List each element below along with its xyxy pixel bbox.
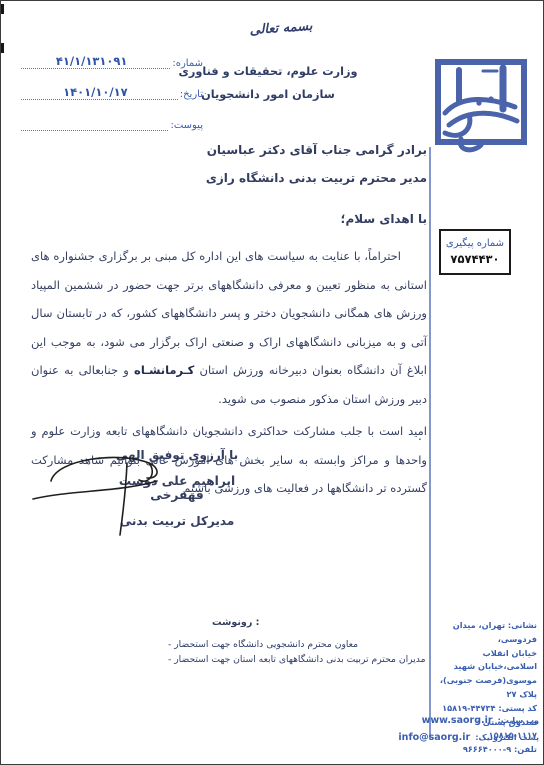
paragraph-1: احتراماً، با عنایت به سیاست های این ادار… <box>31 242 427 413</box>
bismillah-calligraphy: بسمه تعالی <box>229 17 334 39</box>
address-line: نشانی: تهران، میدان فردوسی، <box>431 619 537 647</box>
saorg-logo-icon <box>431 57 531 155</box>
date-dotted-line: ۱۴۰۱/۱۰/۱۷ <box>21 77 178 100</box>
salutation: با اهدای سلام؛ <box>31 212 427 226</box>
paragraph-1-bold-province: کـرمانشـاه <box>134 363 194 377</box>
tracking-label: شماره پیگیری <box>446 237 504 251</box>
scan-edge-mark <box>1 4 4 14</box>
cc-item: - مدیران محترم تربیت بدنی دانشگاههای تاب… <box>168 653 426 668</box>
scanned-letter-page: بسمه تعالی وزارت علوم، تحقیقات و فناوری … <box>0 0 544 765</box>
date-label: تاریخ: <box>178 89 203 100</box>
cc-list: - معاون محترم دانشجویی دانشگاه جهت استحض… <box>168 638 426 667</box>
addressee-line2: مدیر محترم تربیت بدنی دانشگاه رازی <box>31 171 427 186</box>
website-line: وب سایت: www.saorg.ir <box>427 711 539 728</box>
email-line: پست الکترونیک: info@saorg.ir <box>427 728 539 745</box>
number-label: شماره: <box>170 58 203 69</box>
email-address: info@saorg.ir <box>398 732 470 743</box>
phone-line: تلفن: ⁦۹۶۶۶۴۰۰۰-۹⁩ <box>431 743 537 757</box>
paragraph-1-text: احتراماً، با عنایت به سیاست های این ادار… <box>31 249 427 377</box>
attachment-field: پیوست: <box>21 109 203 131</box>
website-label: وب سایت: <box>498 716 539 725</box>
email-label: پست الکترونیک: <box>475 733 539 742</box>
number-dotted-line: ۴۱/۱/۱۳۱۰۹۱ <box>21 46 170 69</box>
scan-edge-mark <box>1 43 4 53</box>
date-value: ۱۴۰۱/۱۰/۱۷ <box>21 85 170 99</box>
date-field: تاریخ: ۱۴۰۱/۱۰/۱۷ <box>21 78 203 100</box>
stray-period: . <box>418 429 422 443</box>
attachment-dotted-line <box>21 108 168 131</box>
addressee-line1: برادر گرامی جناب آقای دکتر عباسیان <box>31 143 427 158</box>
number-value: ۴۱/۱/۱۳۱۰۹۱ <box>21 54 162 68</box>
website-url: www.saorg.ir <box>422 715 493 726</box>
cc-item: - معاون محترم دانشجویی دانشگاه جهت استحض… <box>168 638 426 653</box>
attachment-label: پیوست: <box>168 120 203 131</box>
handwritten-signature <box>29 447 179 539</box>
number-field: شماره: ۴۱/۱/۱۳۱۰۹۱ <box>21 47 203 69</box>
address-line: خیابان انقلاب اسلامی،خیابان شهید <box>431 647 537 675</box>
letter-meta-fields: شماره: ۴۱/۱/۱۳۱۰۹۱ تاریخ: ۱۴۰۱/۱۰/۱۷ پیو… <box>21 47 203 140</box>
tracking-number: ۷۵۷۴۴۳۰ <box>450 251 499 267</box>
cc-heading: رونوشت : <box>212 617 259 628</box>
tracking-number-box: شماره پیگیری ۷۵۷۴۴۳۰ <box>439 229 511 275</box>
address-line: موسوی(فرصت جنوبی)، پلاک ۲۷ <box>431 674 537 702</box>
footer-web-block: وب سایت: www.saorg.ir پست الکترونیک: inf… <box>427 711 539 745</box>
